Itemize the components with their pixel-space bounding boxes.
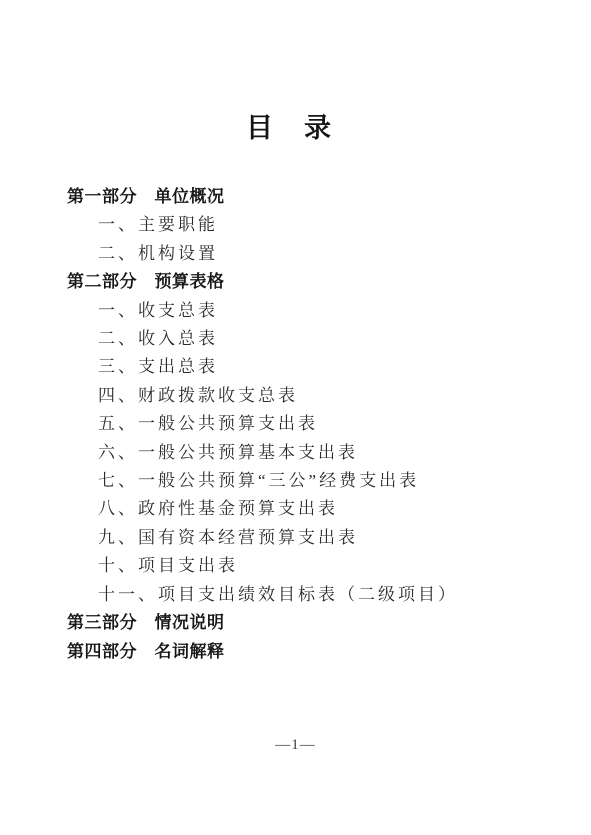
toc-section-part4: 第四部分 名词解释	[67, 638, 561, 666]
toc-item: 四、财政拨款收支总表	[67, 382, 561, 410]
toc-item: 一、主要职能	[67, 211, 561, 239]
table-of-contents: 第一部分 单位概况 一、主要职能 二、机构设置 第二部分 预算表格 一、收支总表…	[67, 183, 561, 666]
toc-item: 二、收入总表	[67, 325, 561, 353]
toc-item: 三、支出总表	[67, 353, 561, 381]
toc-item: 七、一般公共预算“三公”经费支出表	[67, 467, 561, 495]
toc-section-part2: 第二部分 预算表格	[67, 268, 561, 296]
toc-item: 十、项目支出表	[67, 552, 561, 580]
page-number: —1—	[0, 737, 591, 754]
toc-item: 二、机构设置	[67, 240, 561, 268]
toc-item: 六、一般公共预算基本支出表	[67, 439, 561, 467]
toc-item: 五、一般公共预算支出表	[67, 410, 561, 438]
toc-item: 十一、项目支出绩效目标表（二级项目）	[67, 581, 561, 609]
document-page: 目 录 第一部分 单位概况 一、主要职能 二、机构设置 第二部分 预算表格 一、…	[0, 0, 591, 835]
toc-item: 九、国有资本经营预算支出表	[67, 524, 561, 552]
page-title: 目 录	[0, 106, 579, 145]
toc-item: 八、政府性基金预算支出表	[67, 495, 561, 523]
toc-section-part3: 第三部分 情况说明	[67, 609, 561, 637]
toc-item: 一、收支总表	[67, 297, 561, 325]
toc-section-part1: 第一部分 单位概况	[67, 183, 561, 211]
